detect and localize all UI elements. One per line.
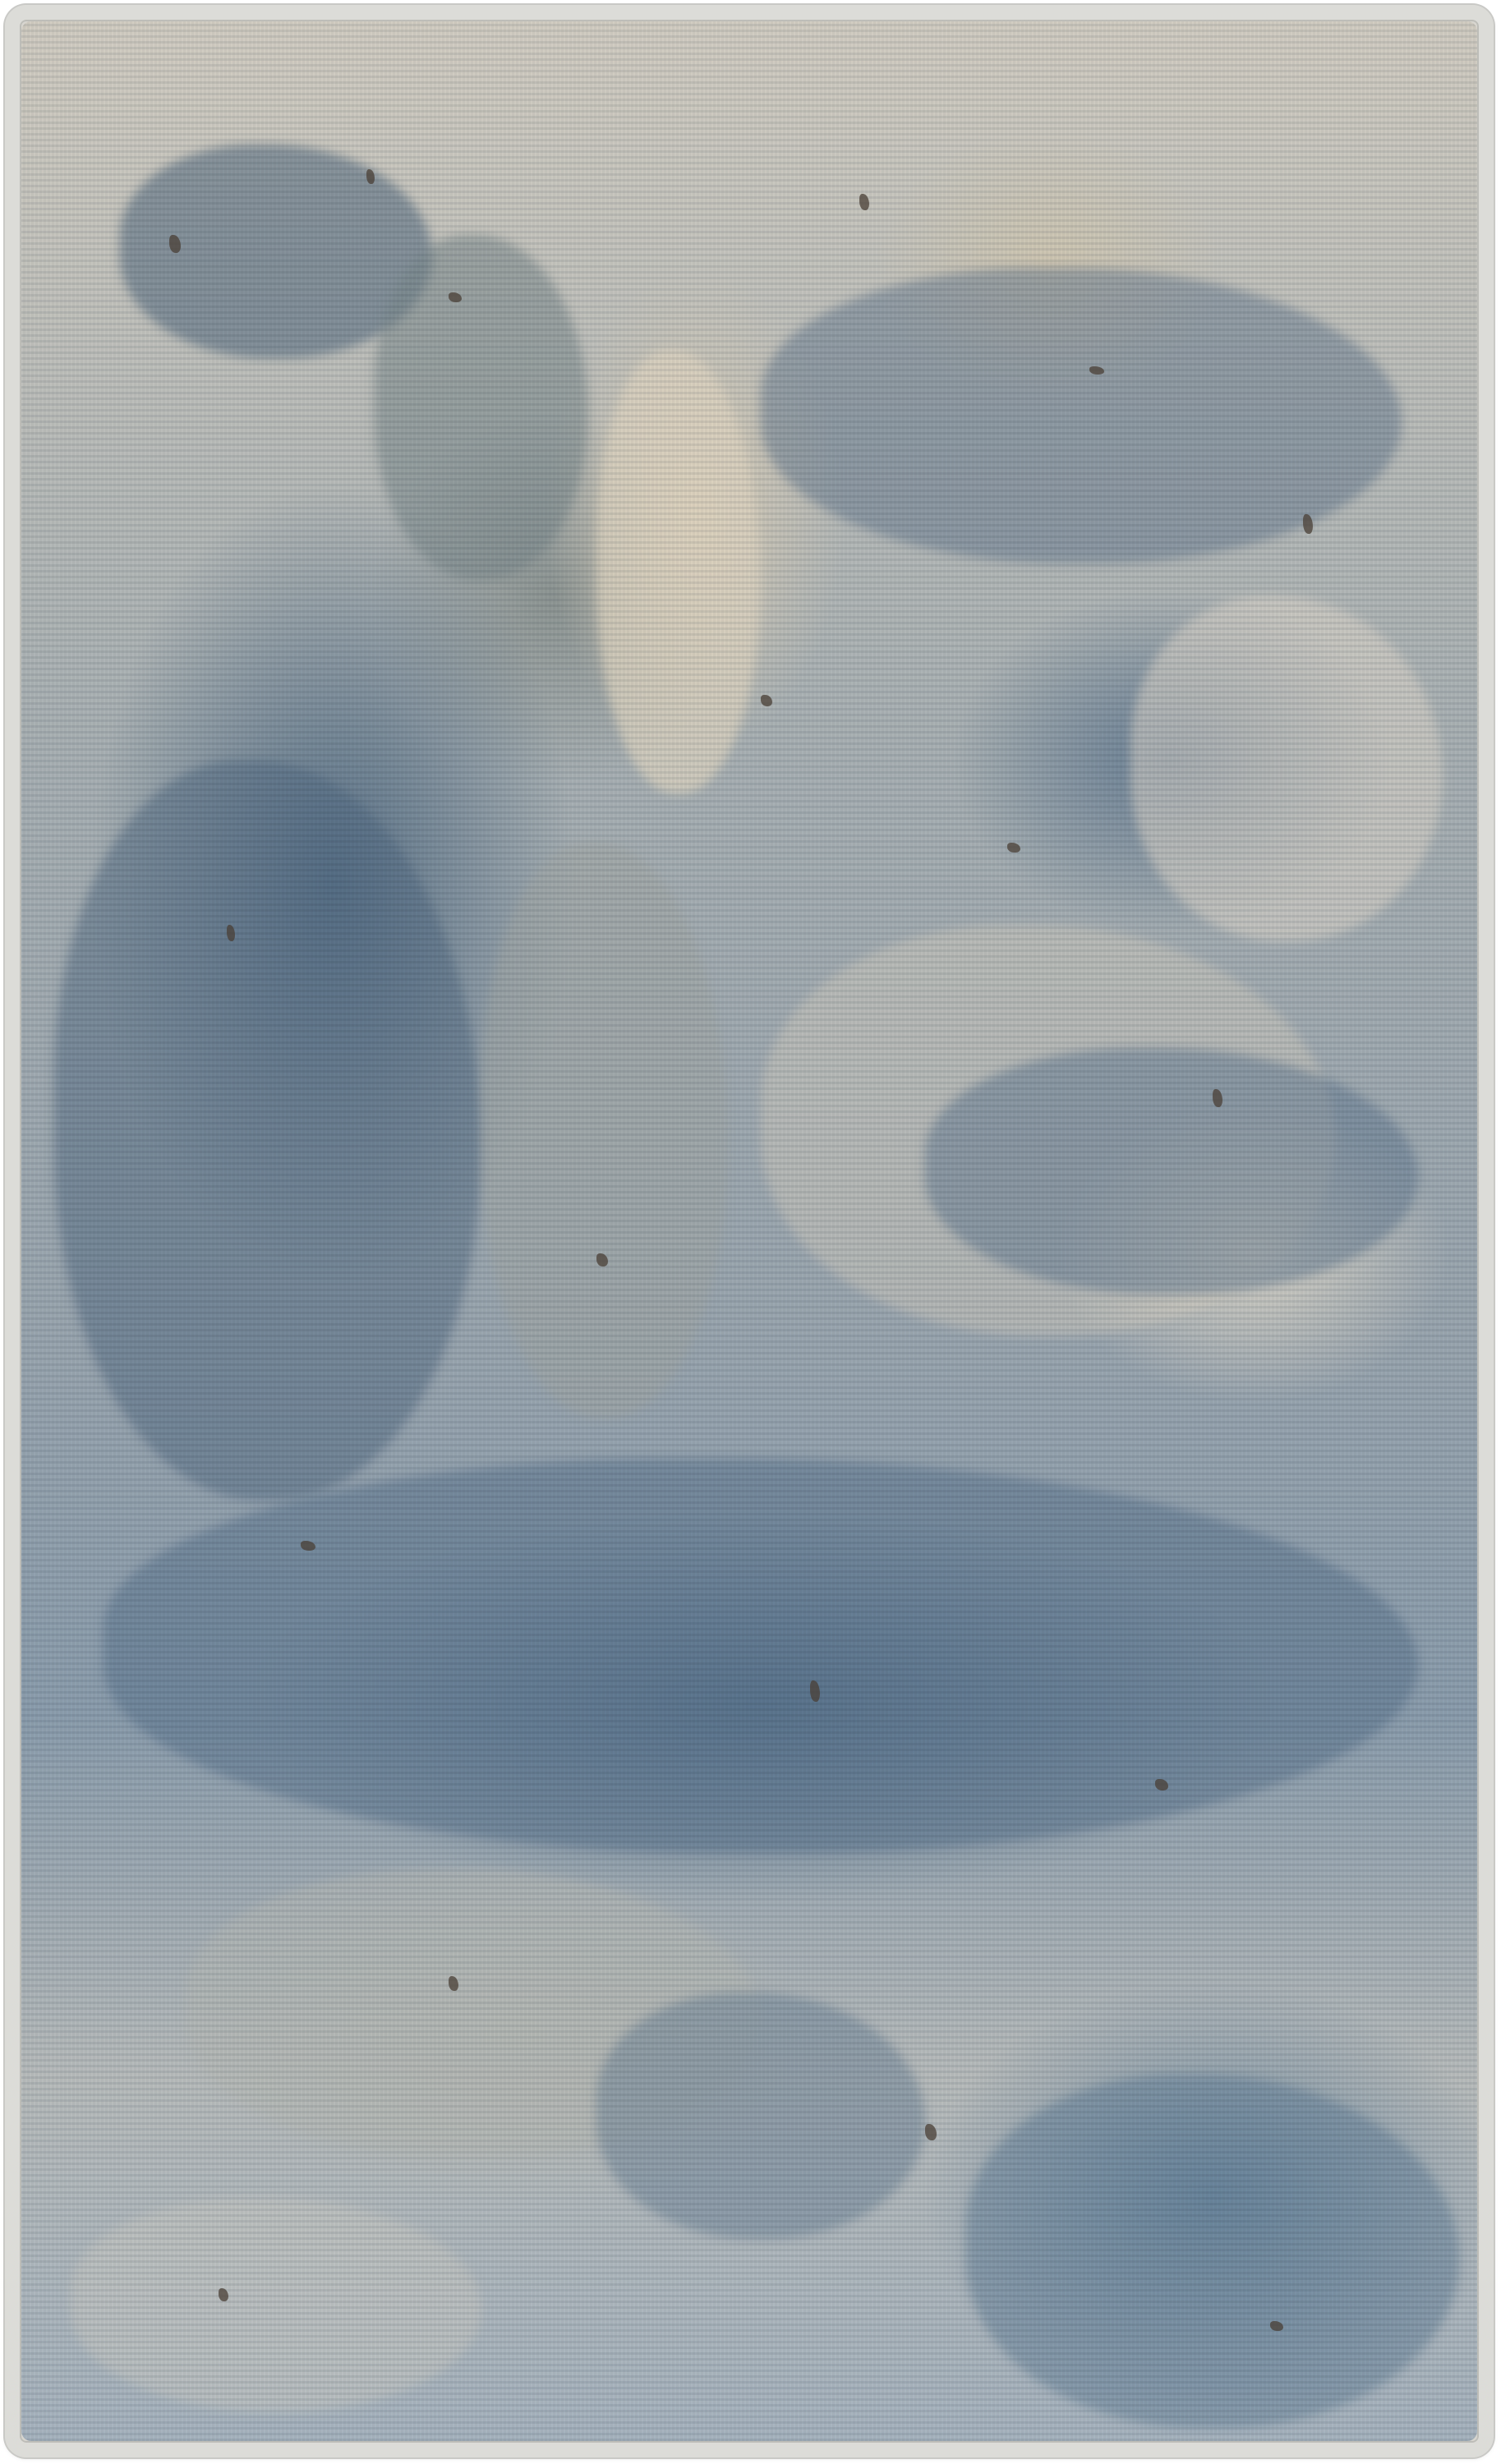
pile-texture [21, 21, 1477, 2441]
brown-fleck [449, 292, 462, 302]
rug-photo [5, 5, 1494, 2457]
brown-fleck [1089, 366, 1104, 375]
brown-fleck [1270, 2321, 1283, 2331]
rug-pattern-field [21, 21, 1477, 2441]
brown-fleck [301, 1541, 315, 1551]
brown-fleck [1007, 843, 1020, 853]
